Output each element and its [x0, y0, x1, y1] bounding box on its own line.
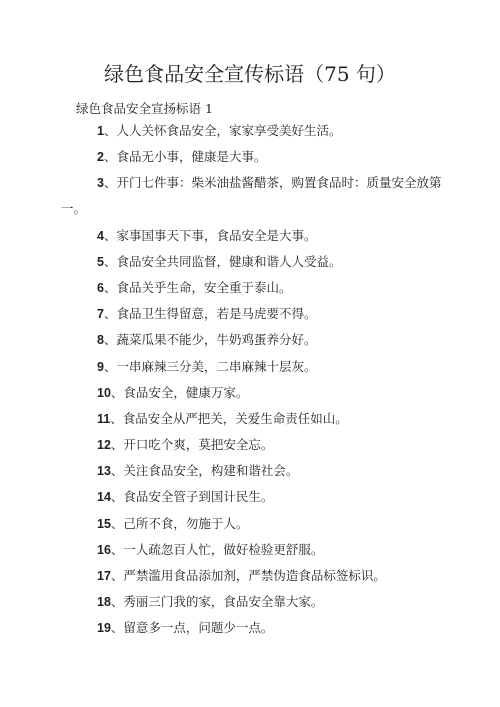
- slogan-text: 留意多一点，问题少一点。: [123, 620, 273, 635]
- slogan-item: 5、食品安全共同监督，健康和谐人人受益。: [0, 253, 500, 271]
- document-page: 绿色食品安全宣传标语（75 句） 绿色食品安全宣扬标语 1 1、人人关怀食品安全…: [0, 0, 500, 707]
- slogan-number: 4: [97, 229, 104, 243]
- slogan-text: 开门七件事：柴米油盐酱醋茶，购置食品时：质量安全放第: [116, 175, 441, 190]
- slogan-separator: 、: [104, 175, 117, 190]
- slogan-text: 一串麻辣三分美，二串麻辣十层灰。: [116, 359, 316, 374]
- slogan-number: 7: [97, 307, 104, 321]
- slogan-number: 1: [97, 124, 104, 138]
- slogan-separator: 、: [104, 254, 117, 269]
- slogan-item: 16、一人疏忽百人忙，做好检验更舒服。: [0, 541, 500, 559]
- slogan-number: 14: [97, 490, 111, 504]
- slogan-number: 3: [97, 176, 104, 190]
- slogan-number: 12: [97, 438, 111, 452]
- slogan-list: 1、人人关怀食品安全，家家享受美好生活。 2、食品无小事，健康是大事。 3、开门…: [0, 122, 500, 646]
- slogan-item: 3、开门七件事：柴米油盐酱醋茶，购置食品时：质量安全放第一。: [0, 174, 500, 218]
- slogan-text: 食品安全，健康万家。: [123, 385, 248, 400]
- slogan-text: 食品安全从严把关，关爱生命责任如山。: [123, 411, 348, 426]
- slogan-text-continuation: 一。: [61, 200, 438, 218]
- slogan-number: 19: [97, 621, 111, 635]
- slogan-separator: 、: [111, 489, 124, 504]
- slogan-number: 6: [97, 281, 104, 295]
- slogan-text: 秀丽三门我的家，食品安全靠大家。: [123, 594, 323, 609]
- slogan-number: 10: [97, 386, 111, 400]
- slogan-separator: 、: [111, 385, 124, 400]
- slogan-text: 食品关乎生命，安全重于泰山。: [116, 280, 291, 295]
- slogan-separator: 、: [111, 437, 124, 452]
- slogan-text: 开口吃个爽，莫把安全忘。: [123, 437, 273, 452]
- slogan-text: 严禁滥用食品添加剂，严禁伪造食品标签标识。: [123, 568, 386, 583]
- slogan-item: 8、蔬菜瓜果不能少，牛奶鸡蛋养分好。: [0, 331, 500, 349]
- slogan-text: 食品卫生得留意，若是马虎要不得。: [116, 306, 316, 321]
- slogan-separator: 、: [111, 568, 124, 583]
- slogan-text: 人人关怀食品安全，家家享受美好生活。: [116, 123, 341, 138]
- slogan-item: 15、己所不食，勿施于人。: [0, 515, 500, 533]
- slogan-item: 6、食品关乎生命，安全重于泰山。: [0, 279, 500, 297]
- slogan-item: 17、严禁滥用食品添加剂，严禁伪造食品标签标识。: [0, 567, 500, 585]
- slogan-number: 17: [97, 569, 111, 583]
- slogan-item: 2、食品无小事，健康是大事。: [0, 148, 500, 166]
- slogan-text: 一人疏忽百人忙，做好检验更舒服。: [123, 542, 323, 557]
- slogan-number: 8: [97, 333, 104, 347]
- slogan-separator: 、: [104, 228, 117, 243]
- slogan-separator: 、: [111, 594, 124, 609]
- slogan-text: 蔬菜瓜果不能少，牛奶鸡蛋养分好。: [116, 332, 316, 347]
- slogan-separator: 、: [104, 123, 117, 138]
- slogan-text: 食品安全共同监督，健康和谐人人受益。: [116, 254, 341, 269]
- slogan-item: 14、食品安全管子到国计民生。: [0, 488, 500, 506]
- slogan-number: 9: [97, 360, 104, 374]
- slogan-number: 18: [97, 595, 111, 609]
- slogan-item: 12、开口吃个爽，莫把安全忘。: [0, 436, 500, 454]
- slogan-item: 19、留意多一点，问题少一点。: [0, 619, 500, 637]
- slogan-text: 食品无小事，健康是大事。: [116, 149, 266, 164]
- slogan-item: 1、人人关怀食品安全，家家享受美好生活。: [0, 122, 500, 140]
- slogan-text: 己所不食，勿施于人。: [123, 516, 248, 531]
- slogan-number: 5: [97, 255, 104, 269]
- slogan-separator: 、: [111, 463, 124, 478]
- slogan-separator: 、: [104, 332, 117, 347]
- slogan-separator: 、: [111, 516, 124, 531]
- slogan-item: 9、一串麻辣三分美，二串麻辣十层灰。: [0, 358, 500, 376]
- slogan-item: 7、食品卫生得留意，若是马虎要不得。: [0, 305, 500, 323]
- slogan-item: 18、秀丽三门我的家，食品安全靠大家。: [0, 593, 500, 611]
- slogan-number: 13: [97, 464, 111, 478]
- section-subtitle: 绿色食品安全宣扬标语 1: [76, 100, 213, 118]
- slogan-text: 食品安全管子到国计民生。: [123, 489, 273, 504]
- slogan-item: 13、关注食品安全，构建和谐社会。: [0, 462, 500, 480]
- slogan-separator: 、: [104, 280, 117, 295]
- slogan-item: 10、食品安全，健康万家。: [0, 384, 500, 402]
- slogan-separator: 、: [111, 542, 124, 557]
- slogan-number: 16: [97, 543, 111, 557]
- slogan-number: 2: [97, 150, 104, 164]
- slogan-separator: 、: [104, 149, 117, 164]
- slogan-separator: 、: [110, 411, 123, 426]
- slogan-number: 11: [97, 412, 110, 426]
- slogan-text: 家事国事天下事，食品安全是大事。: [116, 228, 316, 243]
- slogan-text: 关注食品安全，构建和谐社会。: [123, 463, 298, 478]
- document-title: 绿色食品安全宣传标语（75 句）: [0, 60, 500, 88]
- slogan-separator: 、: [104, 359, 117, 374]
- slogan-item: 11、食品安全从严把关，关爱生命责任如山。: [0, 410, 500, 428]
- slogan-separator: 、: [111, 620, 124, 635]
- slogan-separator: 、: [104, 306, 117, 321]
- slogan-item: 4、家事国事天下事，食品安全是大事。: [0, 227, 500, 245]
- slogan-number: 15: [97, 517, 111, 531]
